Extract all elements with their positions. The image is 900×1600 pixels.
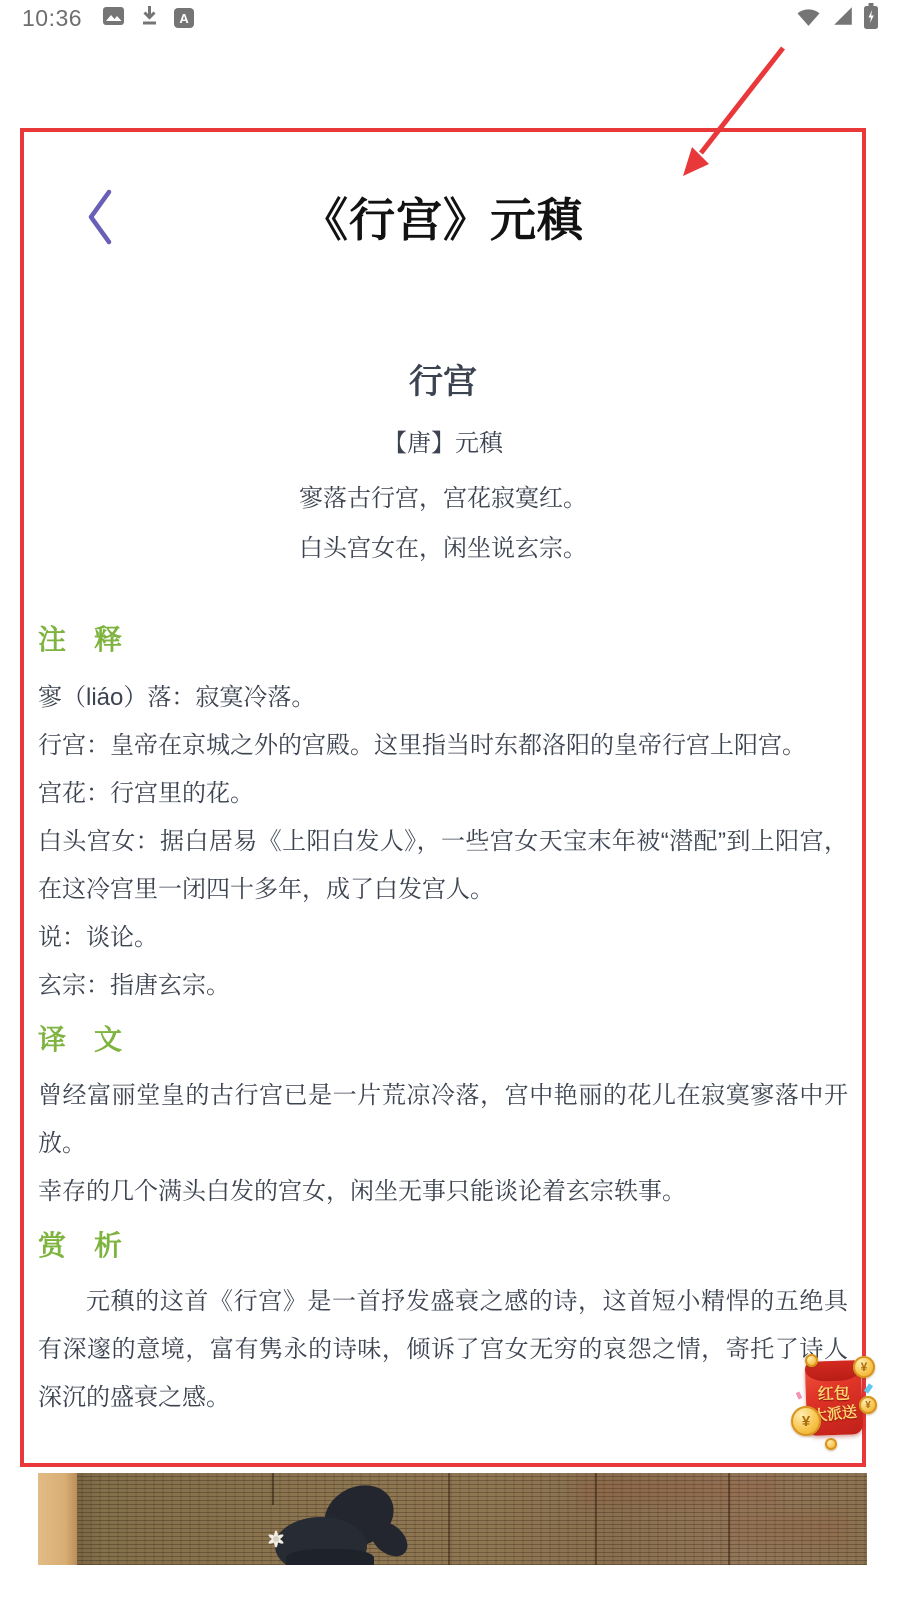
figure-shoulder	[286, 1549, 374, 1565]
coin-symbol: ¥	[865, 1400, 871, 1411]
status-time: 10:36	[22, 5, 82, 32]
page-content: 《行宫》元稹 行宫 【唐】元稹 寥落古行宫，宫花寂寞红。 白头宫女在，闲坐说玄宗…	[24, 132, 862, 1463]
gallery-notification-icon	[102, 6, 125, 31]
wifi-icon	[795, 5, 822, 32]
notes-section-heading: 注 释	[38, 618, 848, 658]
gold-coin-icon	[825, 1438, 837, 1450]
note-line: 白头宫女：据白居易《上阳白发人》，一些宫女天宝末年被“潜配”到上阳宫，在这冷宫里…	[38, 818, 848, 914]
cellular-signal-icon	[832, 6, 854, 31]
poem-author: 【唐】元稹	[38, 423, 848, 458]
note-line: 说：谈论。	[38, 914, 848, 962]
painting-wall-edge	[38, 1473, 77, 1565]
poem-block: 行宫 【唐】元稹 寥落古行宫，宫花寂寞红。 白头宫女在，闲坐说玄宗。	[38, 354, 848, 574]
analysis-paragraph: 元稹的这首《行宫》是一首抒发盛衰之感的诗，这首短小精悍的五绝具有深邃的意境，富有…	[38, 1278, 848, 1422]
analysis-section-heading: 赏 析	[38, 1224, 848, 1264]
note-line: 玄宗：指唐玄宗。	[38, 962, 848, 1010]
poem-line: 寥落古行宫，宫花寂寞红。	[38, 474, 848, 524]
page-title: 《行宫》元稹	[302, 184, 584, 250]
hair-flower-ornament	[266, 1529, 286, 1554]
confetti-shape	[796, 1391, 803, 1399]
poem-line: 白头宫女在，闲坐说玄宗。	[38, 524, 848, 574]
painting-shading	[578, 1477, 778, 1503]
coin-symbol: ¥	[861, 1360, 868, 1374]
translation-paragraph: 曾经富丽堂皇的古行宫已是一片荒凉冷落，宫中艳丽的花儿在寂寞寥落中开放。	[38, 1072, 848, 1168]
confetti-shape	[864, 1383, 873, 1393]
note-line: 行宫：皇帝在京城之外的宫殿。这里指当时东都洛阳的皇帝行宫上阳宫。	[38, 722, 848, 770]
painting-line-detail	[272, 1473, 274, 1505]
app-header: 《行宫》元稹	[38, 182, 848, 252]
status-system-icons	[795, 3, 878, 34]
translation-paragraph: 幸存的几个满头白发的宫女，闲坐无事只能谈论着玄宗轶事。	[38, 1168, 848, 1216]
status-notification-icons: A	[102, 5, 194, 31]
coin-symbol: ¥	[802, 1413, 810, 1430]
back-chevron-icon	[84, 188, 116, 246]
gold-coin-icon: ¥	[859, 1396, 877, 1414]
painting-image	[38, 1473, 867, 1565]
back-button[interactable]	[84, 188, 116, 249]
painting-shading	[728, 1513, 848, 1543]
painting-seam	[448, 1473, 450, 1565]
note-line: 宫花：行宫里的花。	[38, 770, 848, 818]
red-envelope-badge[interactable]: 红包 大派送 ¥ ¥ ¥	[791, 1352, 875, 1448]
annotation-highlight-box: 《行宫》元稹 行宫 【唐】元稹 寥落古行宫，宫花寂寞红。 白头宫女在，闲坐说玄宗…	[20, 128, 866, 1467]
painting-seam	[728, 1473, 730, 1565]
translation-section-heading: 译 文	[38, 1018, 848, 1058]
gold-coin-icon: ¥	[853, 1356, 875, 1378]
download-notification-icon	[140, 5, 159, 31]
battery-charging-icon	[864, 3, 878, 34]
gold-coin-icon	[805, 1354, 818, 1367]
poetry-app-screen: 10:36 A	[0, 0, 900, 1600]
autostart-icon-letter: A	[179, 11, 188, 26]
note-line: 寥（liáo）落：寂寞冷落。	[38, 674, 848, 722]
autostart-notification-icon: A	[174, 8, 194, 28]
poem-title: 行宫	[38, 354, 848, 403]
gold-coin-icon: ¥	[791, 1406, 821, 1436]
painting-seam	[595, 1473, 597, 1565]
status-bar: 10:36 A	[0, 0, 900, 36]
